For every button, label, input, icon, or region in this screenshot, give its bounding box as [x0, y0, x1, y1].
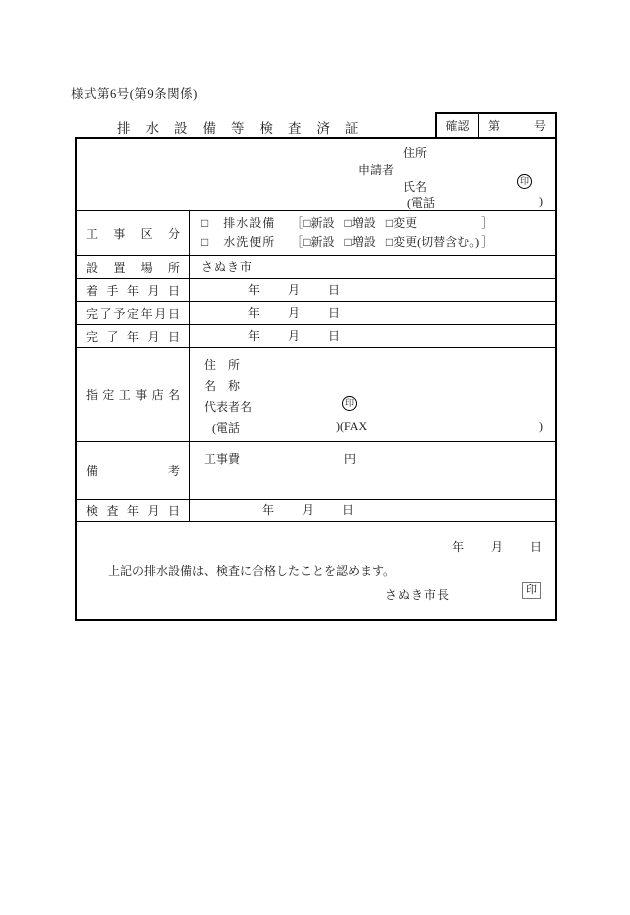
- cost-unit-label: 円: [344, 450, 356, 467]
- bracket-close: ］: [481, 216, 493, 230]
- checkbox-icon: □: [303, 216, 310, 230]
- applicant-seal-mark: 印: [517, 174, 532, 189]
- form-number-label: 様式第6号(第9条関係): [71, 84, 198, 102]
- inspection-date-label-cell: 検査年月日: [77, 500, 190, 521]
- start-date-row: 着手年月日 年月日: [77, 279, 555, 302]
- certificate-title: 排水設備等検査済証: [117, 117, 374, 137]
- contractor-representative-label: 代表者名: [204, 398, 252, 415]
- mayor-seal-mark: 印: [522, 582, 541, 599]
- contractor-seal-mark: 印: [342, 396, 357, 411]
- document-page: 様式第6号(第9条関係) 排水設備等検査済証 確認 第 号 住所 申請者 氏名 …: [0, 0, 630, 915]
- option-expand-label: 増設: [352, 235, 376, 249]
- checkbox-icon: □: [201, 235, 208, 249]
- remarks-label-cell: 備考: [77, 442, 190, 499]
- inspection-date-blanks: 年月日: [190, 500, 555, 521]
- contractor-phone-label: (電話: [212, 419, 240, 436]
- contractor-address-label: 住 所: [204, 356, 240, 373]
- completion-date-label-cell: 完了年月日: [77, 325, 190, 347]
- mayor-title-label: さぬき市長: [385, 586, 450, 603]
- applicant-phone-close-paren: ): [539, 194, 543, 209]
- location-value: さぬき市: [190, 256, 555, 278]
- number-prefix: 第: [488, 117, 500, 134]
- bracket-open: ［: [291, 216, 303, 230]
- completion-date-row: 完了年月日 年月日: [77, 325, 555, 348]
- checkbox-icon: □: [201, 216, 208, 230]
- bracket-open: ［: [291, 235, 303, 249]
- form-table: 住所 申請者 氏名 印 (電話 ) 工事区分 □排水設備［□新設□増設□変更］ …: [75, 137, 557, 621]
- inspection-date-row: 検査年月日 年月日: [77, 500, 555, 522]
- contractor-fax-close-paren: ): [539, 419, 543, 434]
- flush-toilet-label: 水洗便所: [223, 235, 275, 249]
- certification-row: 年月日 上記の排水設備は、検査に合格したことを認めます。 さぬき市長 印: [77, 522, 555, 619]
- bracket-close: ］: [481, 235, 493, 249]
- confirm-number-box: 確認 第 号: [435, 112, 557, 137]
- contractor-fax-label: )(FAX: [336, 419, 367, 434]
- completion-date-blanks: 年月日: [190, 325, 555, 347]
- certification-date-blanks: 年月日: [452, 538, 542, 555]
- confirm-label-cell: 確認: [437, 114, 479, 137]
- option-suffix: (切替含む。): [417, 233, 481, 252]
- construction-type-label-cell: 工事区分: [77, 211, 190, 255]
- applicant-section: 住所 申請者 氏名 印 (電話 ): [77, 139, 555, 210]
- planned-completion-date-row: 完了予定年月日 年月日: [77, 302, 555, 325]
- contractor-label-cell: 指定工事店名: [77, 348, 190, 441]
- location-row: 設置場所 さぬき市: [77, 256, 555, 279]
- applicant-row: 住所 申請者 氏名 印 (電話 ): [77, 139, 555, 211]
- remarks-row: 備考 工事費 円: [77, 442, 555, 500]
- contractor-section: 住 所 名 称 代表者名 印 (電話 )(FAX ): [190, 348, 555, 441]
- contractor-name-label: 名 称: [204, 377, 240, 394]
- option-change-label: 変更: [393, 216, 417, 230]
- checkbox-icon: □: [386, 235, 393, 249]
- planned-completion-date-blanks: 年月日: [190, 302, 555, 324]
- checkbox-icon: □: [303, 235, 310, 249]
- start-date-label-cell: 着手年月日: [77, 279, 190, 301]
- option-new-label: 新設: [311, 216, 335, 230]
- checkbox-icon: □: [386, 216, 393, 230]
- header-row: 排水設備等検査済証 確認 第 号: [75, 112, 557, 137]
- option-expand-label: 増設: [352, 216, 376, 230]
- option-change-label: 変更: [393, 235, 417, 249]
- number-suffix: 号: [534, 117, 546, 134]
- option-new-label: 新設: [311, 235, 335, 249]
- applicant-address-label: 住所: [403, 144, 427, 161]
- applicant-name-label: 氏名: [403, 178, 427, 195]
- start-date-blanks: 年月日: [190, 279, 555, 301]
- drainage-equipment-line: □排水設備［□新設□増設□変更］: [201, 214, 555, 233]
- planned-completion-label-cell: 完了予定年月日: [77, 302, 190, 324]
- document-number-cell: 第 号: [479, 114, 555, 137]
- contractor-row: 指定工事店名 住 所 名 称 代表者名 印 (電話 )(FAX ): [77, 348, 555, 442]
- applicant-role-label: 申請者: [358, 161, 394, 178]
- checkbox-icon: □: [345, 235, 352, 249]
- drainage-equipment-label: 排水設備: [223, 216, 275, 230]
- certification-section: 年月日 上記の排水設備は、検査に合格したことを認めます。 さぬき市長 印: [77, 522, 555, 619]
- flush-toilet-line: □水洗便所［□新設□増設□変更(切替含む。)］: [201, 233, 555, 252]
- checkbox-icon: □: [345, 216, 352, 230]
- construction-type-row: 工事区分 □排水設備［□新設□増設□変更］ □水洗便所［□新設□増設□変更(切替…: [77, 211, 555, 256]
- location-label-cell: 設置場所: [77, 256, 190, 278]
- certification-statement: 上記の排水設備は、検査に合格したことを認めます。: [108, 562, 395, 579]
- applicant-phone-label: (電話: [407, 194, 435, 211]
- cost-label: 工事費: [204, 450, 240, 467]
- remarks-section: 工事費 円: [190, 442, 555, 499]
